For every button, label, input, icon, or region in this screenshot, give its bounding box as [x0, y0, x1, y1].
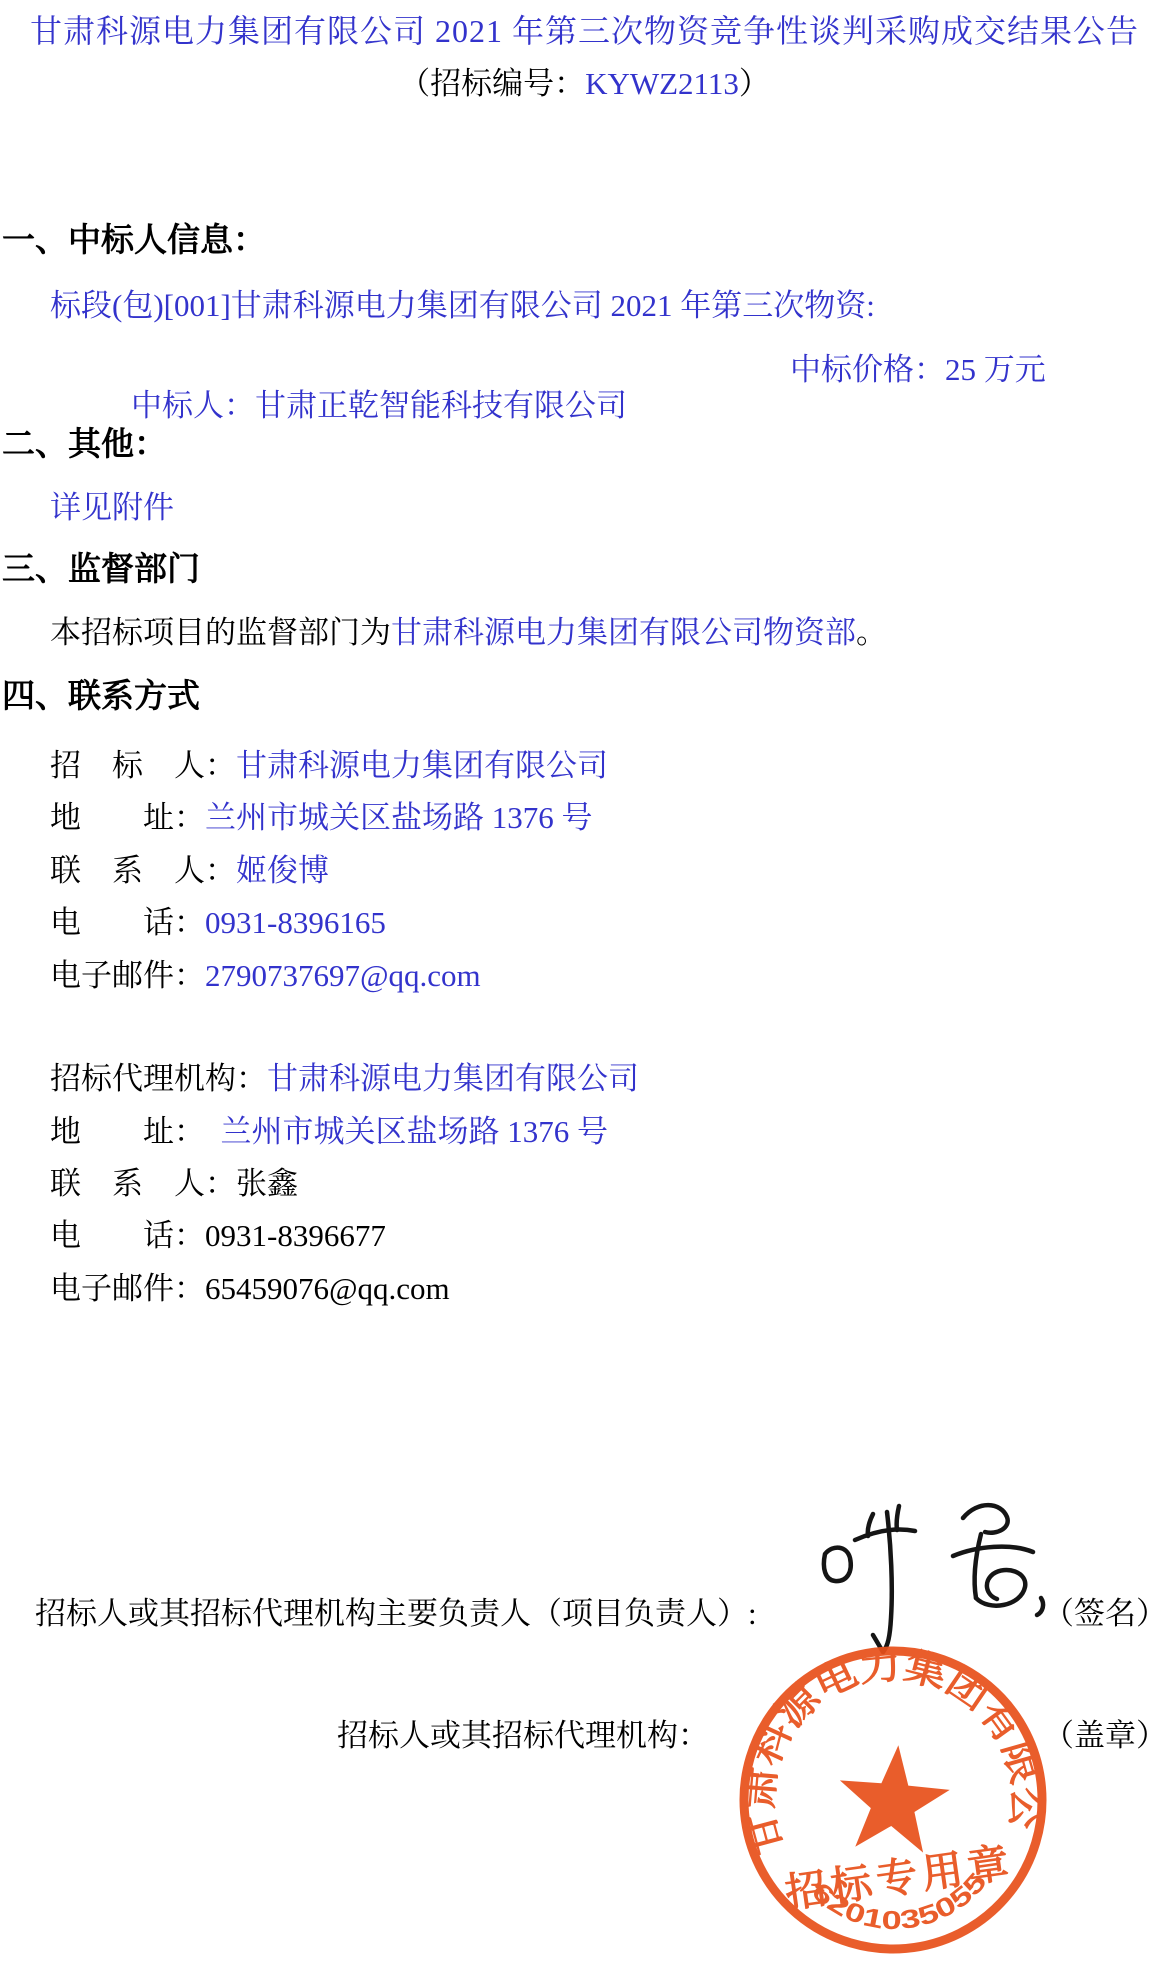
tenderer-address-row: 地 址：兰州市城关区盐场路 1376 号	[50, 792, 593, 837]
email-label: 电子邮件：	[50, 958, 205, 993]
svg-text:甘肃科源电力集团有限公司: 甘肃科源电力集团有限公司	[728, 1635, 1051, 1862]
agency-phone-label: 电 话：	[50, 1218, 205, 1253]
star-icon	[837, 1741, 955, 1859]
agency-contact-person-row: 联 系 人：张鑫	[50, 1158, 298, 1203]
tender-code-line: （招标编号：KYWZ2113）	[0, 58, 1169, 103]
tenderer-label: 招 标 人：	[50, 748, 236, 783]
supervision-department: 甘肃科源电力集团有限公司物资部	[391, 615, 856, 650]
address-value: 兰州市城关区盐场路 1376 号	[205, 800, 593, 835]
company-seal-stamp: 甘肃科源电力集团有限公司 招标专用章 6201035055803	[728, 1635, 1058, 1965]
see-attachment-text: 详见附件	[50, 482, 174, 527]
agency-phone-value: 0931-8396677	[205, 1218, 386, 1253]
phone-label: 电 话：	[50, 905, 205, 940]
agency-row: 招标代理机构：甘肃科源电力集团有限公司	[50, 1053, 639, 1098]
tender-code: KYWZ2113	[585, 66, 739, 101]
phone-value: 0931-8396165	[205, 905, 386, 940]
agency-email-label: 电子邮件：	[50, 1271, 205, 1306]
agency-value: 甘肃科源电力集团有限公司	[267, 1061, 639, 1096]
agency-seal-label: 招标人或其招标代理机构：	[337, 1710, 709, 1755]
contact-person-label: 联 系 人：	[50, 853, 236, 888]
announcement-document: 甘肃科源电力集团有限公司 2021 年第三次物资竞争性谈判采购成交结果公告 （招…	[0, 0, 1169, 1968]
supervision-line: 本招标项目的监督部门为甘肃科源电力集团有限公司物资部。	[50, 607, 887, 652]
winning-price: 中标价格：25 万元	[790, 344, 1046, 389]
tenderer-contact-person-row: 联 系 人：姬俊博	[50, 845, 329, 890]
supervision-prefix: 本招标项目的监督部门为	[50, 615, 391, 650]
section-heading-supervision: 三、监督部门	[2, 543, 200, 590]
tenderer-phone-row: 电 话：0931-8396165	[50, 897, 386, 942]
agency-address-value: 兰州市城关区盐场路 1376 号	[190, 1114, 609, 1149]
tenderer-row: 招 标 人：甘肃科源电力集团有限公司	[50, 740, 608, 785]
agency-email-value: 65459076@qq.com	[205, 1271, 450, 1306]
agency-seal-suffix: （盖章）	[1043, 1710, 1167, 1755]
tender-code-prefix: （招标编号：	[399, 66, 585, 101]
tender-code-suffix: ）	[739, 66, 770, 101]
agency-address-label: 地 址：	[50, 1114, 190, 1149]
section-heading-contact: 四、联系方式	[2, 670, 200, 717]
agency-contact-person-value: 张鑫	[236, 1166, 298, 1201]
page-title: 甘肃科源电力集团有限公司 2021 年第三次物资竞争性谈判采购成交结果公告	[0, 6, 1169, 52]
contact-person-value: 姬俊博	[236, 853, 329, 888]
winner-line: 中标人：甘肃正乾智能科技有限公司 中标价格：25 万元	[100, 344, 1167, 497]
section-heading-winner-info: 一、中标人信息：	[2, 214, 266, 261]
agency-contact-person-label: 联 系 人：	[50, 1166, 236, 1201]
agency-label: 招标代理机构：	[50, 1061, 267, 1096]
agency-email-row: 电子邮件：65459076@qq.com	[50, 1263, 450, 1308]
package-line: 标段(包)[001]甘肃科源电力集团有限公司 2021 年第三次物资:	[50, 280, 875, 325]
supervision-suffix: 。	[856, 615, 887, 650]
winner-name: 中标人：甘肃正乾智能科技有限公司	[131, 388, 627, 423]
email-value: 2790737697@qq.com	[205, 958, 481, 993]
principal-signature-label: 招标人或其招标代理机构主要负责人（项目负责人）:	[35, 1588, 757, 1633]
tenderer-email-row: 电子邮件：2790737697@qq.com	[50, 950, 481, 995]
seal-company-arc-text: 甘肃科源电力集团有限公司	[728, 1635, 1051, 1862]
section-heading-other: 二、其他：	[2, 418, 167, 465]
tenderer-value: 甘肃科源电力集团有限公司	[236, 748, 608, 783]
agency-phone-row: 电 话：0931-8396677	[50, 1210, 386, 1255]
address-label: 地 址：	[50, 800, 205, 835]
agency-address-row: 地 址： 兰州市城关区盐场路 1376 号	[50, 1106, 608, 1151]
